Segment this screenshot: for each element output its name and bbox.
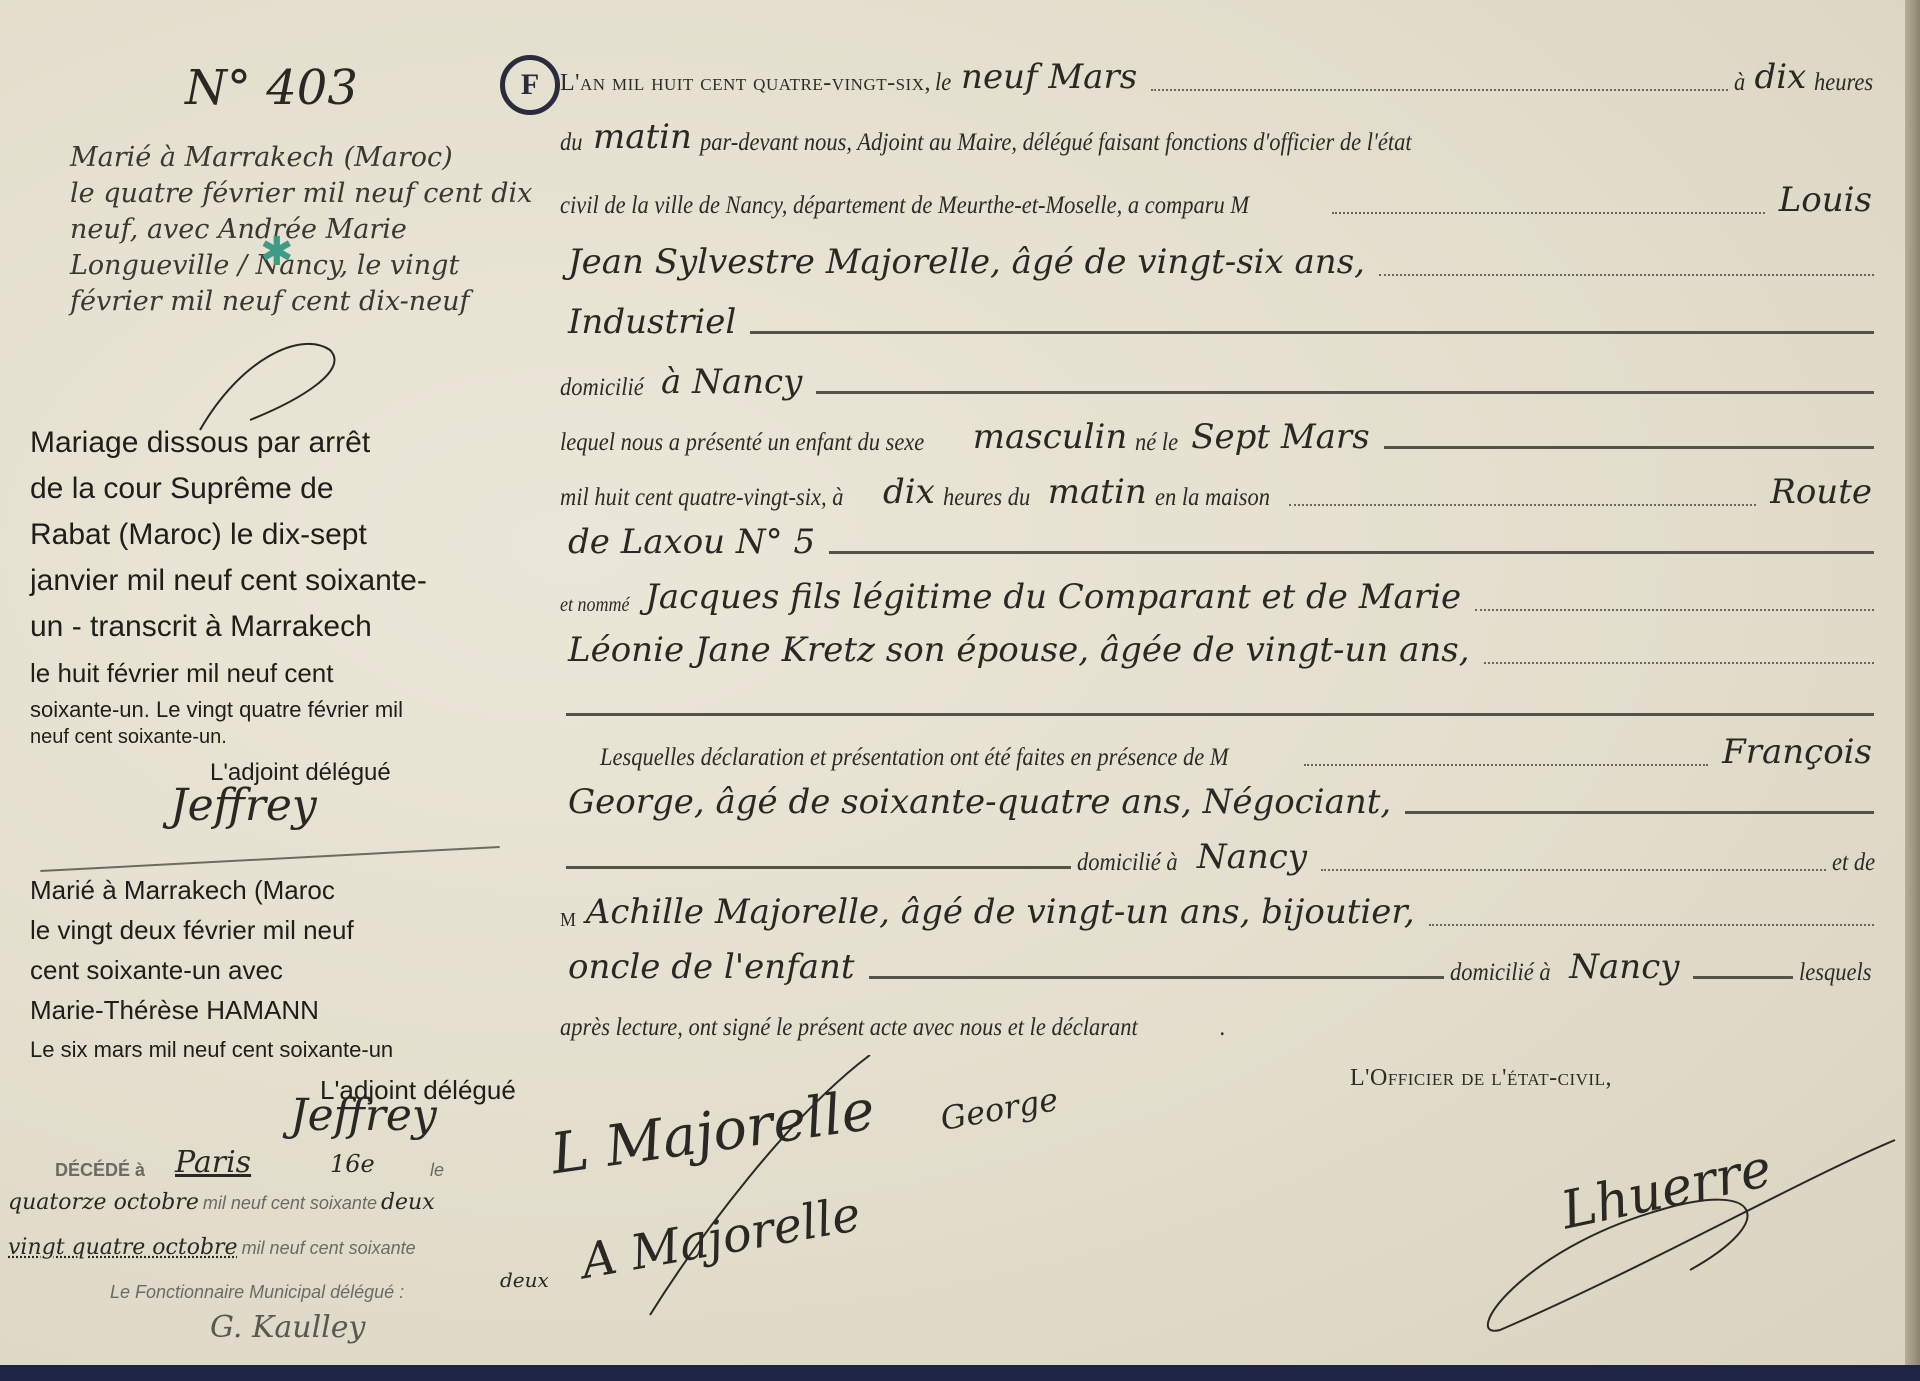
entry-number: N° 403 xyxy=(185,60,358,116)
print-text: M xyxy=(560,909,576,932)
note-line: le quatre février mil neuf cent dix xyxy=(70,176,550,212)
filler-rule xyxy=(566,866,1071,869)
adjoint-signature-2: Jeffrey xyxy=(290,1090,437,1141)
filler-rule xyxy=(1384,446,1874,449)
print-text: lequel nous a présenté un enfant du sexe xyxy=(560,429,924,457)
note-line: le huit février mil neuf cent xyxy=(30,650,560,696)
note-line: de la cour Suprême de xyxy=(30,466,560,512)
death-arrondissement: 16e xyxy=(330,1150,375,1178)
flourish-icon xyxy=(640,1055,880,1335)
birth-date-field: Sept Mars xyxy=(1183,417,1377,457)
note-line: Longueville / Nancy, le vingt xyxy=(70,248,550,284)
birth-hour-field: dix xyxy=(875,472,943,512)
body-line-17: après lecture, ont signé le présent acte… xyxy=(560,990,1880,1042)
print-text: lesquels xyxy=(1799,959,1871,987)
witness2-details-field: Achille Majorelle, âgé de vingt-un ans, … xyxy=(578,892,1423,932)
address-field: Route xyxy=(1762,472,1880,512)
print-text: et nommé xyxy=(560,594,629,617)
margin-note-marriage-2: Marié à Marrakech (Maroc le vingt deux f… xyxy=(30,870,560,1110)
body-line-15: M Achille Majorelle, âgé de vingt-un ans… xyxy=(560,880,1880,932)
transcription-date-print: mil neuf cent soixante xyxy=(242,1238,416,1258)
death-place: Paris xyxy=(175,1145,251,1180)
body-line-3: civil de la ville de Nancy, département … xyxy=(560,168,1880,220)
transcription-date-hand-end: deux xyxy=(500,1268,549,1292)
note-line: février mil neuf cent dix-neuf xyxy=(70,284,550,320)
domicile-field: à Nancy xyxy=(653,362,810,402)
dotted-line xyxy=(1484,662,1874,664)
print-text: domicilié à xyxy=(1450,959,1551,987)
print-text: civil de la ville de Nancy, département … xyxy=(560,192,1249,220)
sex-field: masculin xyxy=(965,417,1136,457)
margin-column: N° 403 Marié à Marrakech (Maroc) le quat… xyxy=(0,0,560,1365)
body-line-4: Jean Sylvestre Majorelle, âgé de vingt-s… xyxy=(560,230,1880,282)
dotted-line xyxy=(1475,609,1874,611)
child-name-field: Jacques fils légitime du Comparant et de… xyxy=(637,577,1469,617)
witness1-firstname-field: François xyxy=(1714,732,1880,772)
margin-note-divorce: Mariage dissous par arrêt de la cour Sup… xyxy=(30,420,560,796)
print-text: par-devant nous, Adjoint au Maire, délég… xyxy=(700,129,1412,157)
dotted-line xyxy=(1429,924,1874,926)
date-field: neuf Mars xyxy=(953,57,1145,97)
note-line: neuf cent soixante-un. xyxy=(30,724,560,750)
filler-rule xyxy=(816,391,1874,394)
note-line: cent soixante-un avec xyxy=(30,950,560,990)
filler-rule xyxy=(829,551,1874,554)
print-text: le xyxy=(935,69,951,97)
note-line: Marié à Marrakech (Maroc xyxy=(30,870,560,910)
death-le-label: le xyxy=(430,1160,444,1181)
dotted-line xyxy=(1379,274,1874,276)
print-text: domicilié xyxy=(560,374,644,402)
death-date-hand: quatorze octobre xyxy=(8,1190,199,1215)
note-line: neuf, avec Andrée Marie xyxy=(70,212,550,248)
mother-name-field: Léonie Jane Kretz son épouse, âgée de vi… xyxy=(560,630,1478,670)
flourish-icon xyxy=(1440,1100,1900,1340)
cover-cloth xyxy=(0,1365,1920,1381)
dotted-line xyxy=(1304,764,1708,766)
official-label: Le Fonctionnaire Municipal délégué : xyxy=(110,1282,404,1303)
occupation-field: Industriel xyxy=(560,302,744,342)
body-line-14: domicilié à Nancy et de xyxy=(560,825,1880,877)
print-text: à xyxy=(1734,69,1745,97)
death-date-print: mil neuf cent soixante xyxy=(203,1193,377,1213)
body-line-1: L'an mil huit cent quatre-vingt-six, le … xyxy=(560,45,1880,97)
body-line-12: Lesquelles déclaration et présentation o… xyxy=(560,720,1880,772)
hour-field: dix xyxy=(1746,57,1814,97)
dotted-line xyxy=(1289,504,1757,506)
print-text: du xyxy=(560,129,583,157)
dotted-line xyxy=(1151,89,1728,91)
father-firstname-field: Louis xyxy=(1771,180,1880,220)
green-cross-mark-icon: ✱ xyxy=(260,228,294,275)
print-text: Lesquelles déclaration et présentation o… xyxy=(600,744,1229,772)
body-line-5: Industriel xyxy=(560,290,1880,342)
note-line: janvier mil neuf cent soixante- xyxy=(30,558,560,604)
dotted-line xyxy=(1321,869,1826,871)
note-line: soixante-un. Le vingt quatre février mil xyxy=(30,696,560,724)
witness2-relation-field: oncle de l'enfant xyxy=(560,947,863,987)
body-line-7: lequel nous a présenté un enfant du sexe… xyxy=(560,405,1880,457)
adjoint-signature-1: Jeffrey xyxy=(170,780,317,831)
print-text: et de xyxy=(1832,849,1875,877)
print-text: né le xyxy=(1135,429,1178,457)
filler-rule xyxy=(1405,811,1874,814)
body-line-6: domicilié à Nancy xyxy=(560,350,1880,402)
death-label: DÉCÉDÉ à xyxy=(55,1160,145,1181)
body-line-8: mil huit cent quatre-vingt-six, à dix he… xyxy=(560,460,1880,512)
note-line: un - transcrit à Marrakech xyxy=(30,604,560,650)
print-text: en la maison xyxy=(1155,484,1270,512)
body-line-9: de Laxou N° 5 xyxy=(560,510,1880,562)
birth-period-field: matin xyxy=(1040,472,1155,512)
body-line-blank xyxy=(560,672,1880,724)
address-continued-field: de Laxou N° 5 xyxy=(560,522,823,562)
print-text: domicilié à xyxy=(1077,849,1178,877)
witness2-domicile-field: Nancy xyxy=(1561,947,1687,987)
witness1-details-field: George, âgé de soixante-quatre ans, Négo… xyxy=(560,782,1399,822)
body-line-11: Léonie Jane Kretz son épouse, âgée de vi… xyxy=(560,618,1880,670)
print-text: mil huit cent quatre-vingt-six, à xyxy=(560,484,843,512)
margin-note-marriage-1: Marié à Marrakech (Maroc) le quatre févr… xyxy=(70,140,550,320)
body-line-16: oncle de l'enfant domicilié à Nancy lesq… xyxy=(560,935,1880,987)
father-name-field: Jean Sylvestre Majorelle, âgé de vingt-s… xyxy=(560,242,1373,282)
body-line-2: du matin par-devant nous, Adjoint au Mai… xyxy=(560,105,1880,157)
note-line: Marie-Thérèse HAMANN xyxy=(30,990,560,1030)
filler-rule xyxy=(750,331,1874,334)
body-line-10: et nommé Jacques fils légitime du Compar… xyxy=(560,565,1880,617)
note-line: Mariage dissous par arrêt xyxy=(30,420,560,466)
note-line: le vingt deux février mil neuf xyxy=(30,910,560,950)
divider xyxy=(40,846,499,872)
witness1-domicile-field: Nancy xyxy=(1189,837,1315,877)
period-field: matin xyxy=(585,117,700,157)
print-text: après lecture, ont signé le présent acte… xyxy=(560,1014,1138,1042)
death-date-hand-end: deux xyxy=(381,1190,435,1215)
filler-rule xyxy=(869,976,1444,979)
print-text: heures xyxy=(1814,69,1873,97)
print-text: . xyxy=(1202,1014,1226,1042)
death-date-line: quatorze octobre mil neuf cent soixante … xyxy=(8,1190,435,1215)
book-binding-edge xyxy=(1905,0,1920,1381)
stamp-f-icon: F xyxy=(500,55,560,115)
print-text: L'an mil huit cent quatre-vingt-six, xyxy=(560,70,931,97)
transcription-date-hand: vingt quatre octobre xyxy=(8,1235,238,1260)
note-line: Rabat (Maroc) le dix-sept xyxy=(30,512,560,558)
transcription-date-line: vingt quatre octobre mil neuf cent soixa… xyxy=(8,1235,416,1260)
register-page: N° 403 Marié à Marrakech (Maroc) le quat… xyxy=(0,0,1908,1367)
note-line: Le six mars mil neuf cent soixante-un xyxy=(30,1030,560,1070)
filler-rule xyxy=(566,713,1874,716)
dotted-line xyxy=(1332,212,1765,214)
official-signature: G. Kaulley xyxy=(210,1310,365,1345)
print-text: heures du xyxy=(943,484,1030,512)
note-line: Marié à Marrakech (Maroc) xyxy=(70,140,550,176)
officer-label: L'Officier de l'état-civil, xyxy=(1350,1065,1612,1092)
witness1-signature: George xyxy=(938,1080,1061,1138)
filler-rule xyxy=(1693,976,1793,979)
body-line-13: George, âgé de soixante-quatre ans, Négo… xyxy=(560,770,1880,822)
